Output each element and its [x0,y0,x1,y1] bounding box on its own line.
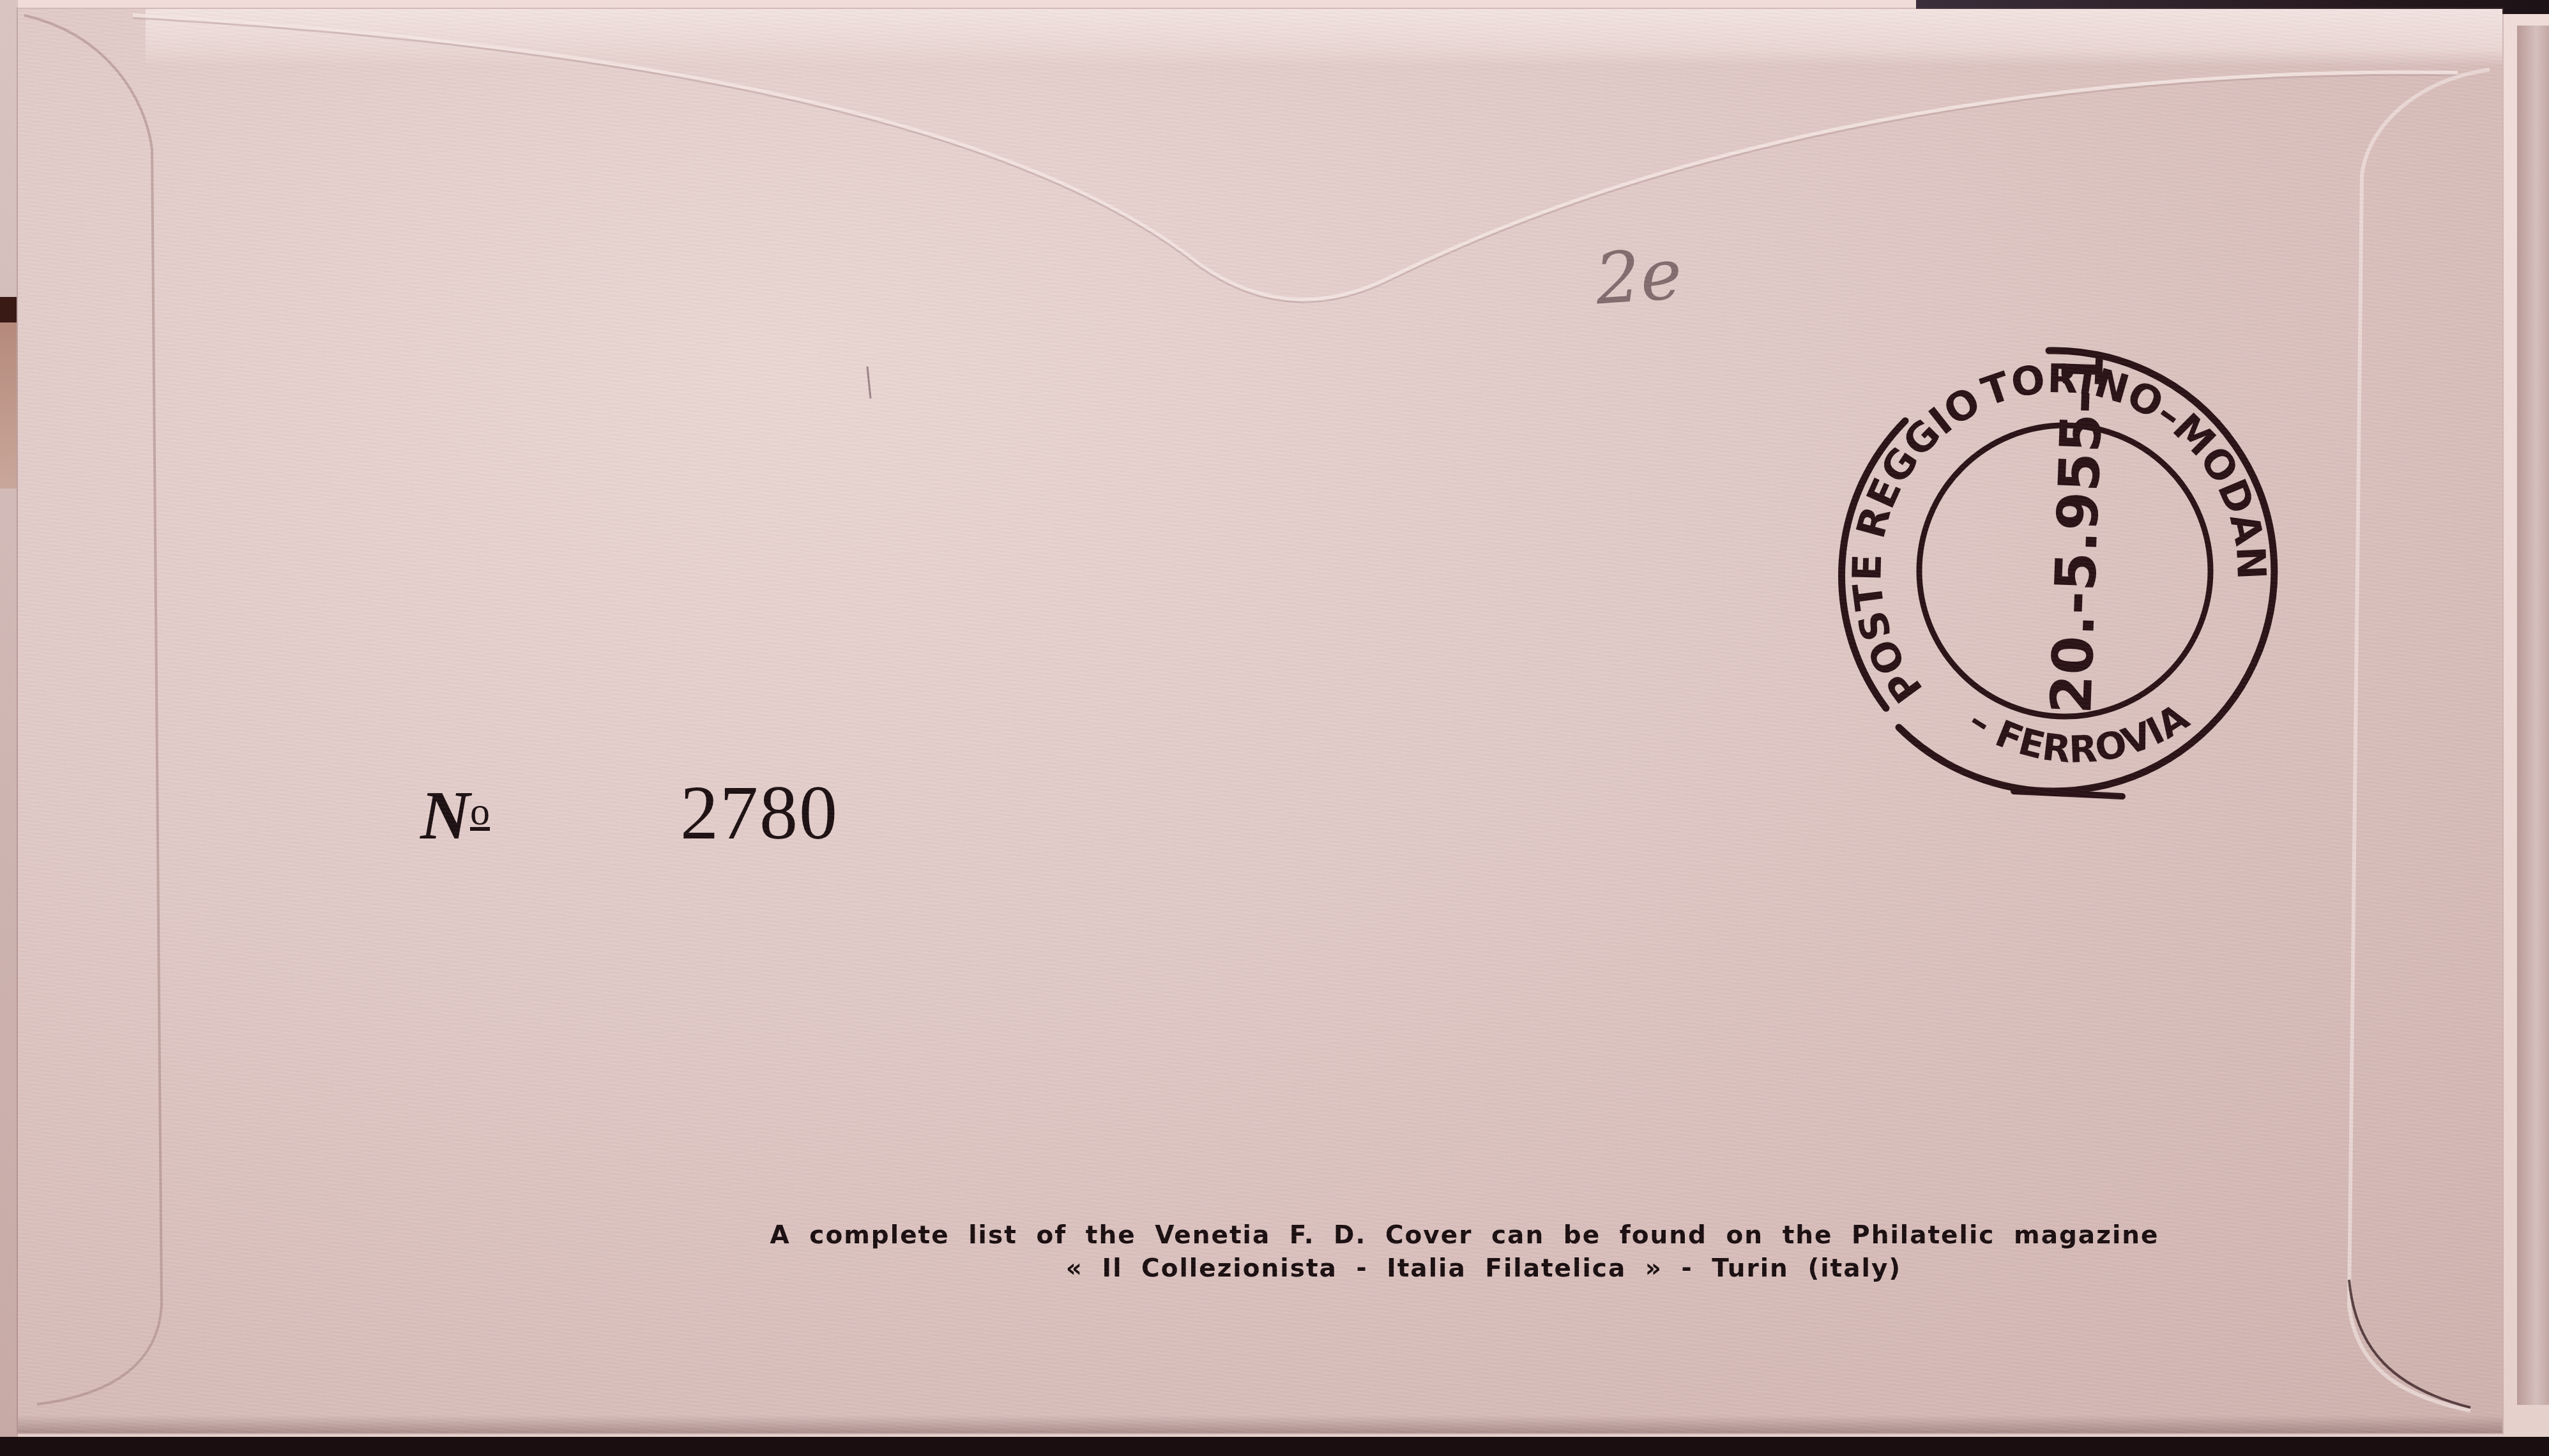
envelope-bottom-shadow [18,1415,2502,1433]
footer-line-1: A complete list of the Venetia F. D. Cov… [427,1219,2502,1252]
cover-serial-number: N o 2780 [420,769,839,857]
footer-imprint: A complete list of the Venetia F. D. Cov… [18,1219,2502,1285]
top-flap-fold [133,15,2458,300]
right-edge-sheet [2517,26,2549,1405]
pencil-annotation: 2e [1593,232,1685,320]
serial-number-value: 2780 [680,769,839,857]
serial-prefix: N [420,777,468,856]
left-edge-light-tab [0,322,17,489]
left-flap-fold [24,15,162,1404]
postmark-date: 20.-5.955-1 [2038,350,2117,715]
footer-line-2: « Il Collezionista - Italia Filatelica »… [465,1252,2502,1285]
photo-scene: 2e POSTE REGGIO EMILIA [0,0,2549,1456]
left-edge-dark-tab [0,297,17,322]
pencil-annotation-text: 2e [1593,232,1685,320]
left-edge-sheet [0,0,18,1437]
right-flap-fold [2349,70,2490,1411]
serial-prefix-ordinal: o [470,789,490,835]
envelope-back: 2e POSTE REGGIO EMILIA [18,9,2502,1433]
postmark-cancel: POSTE REGGIO EMILIA TORINO–MODANE – FERR… [1829,331,2301,804]
